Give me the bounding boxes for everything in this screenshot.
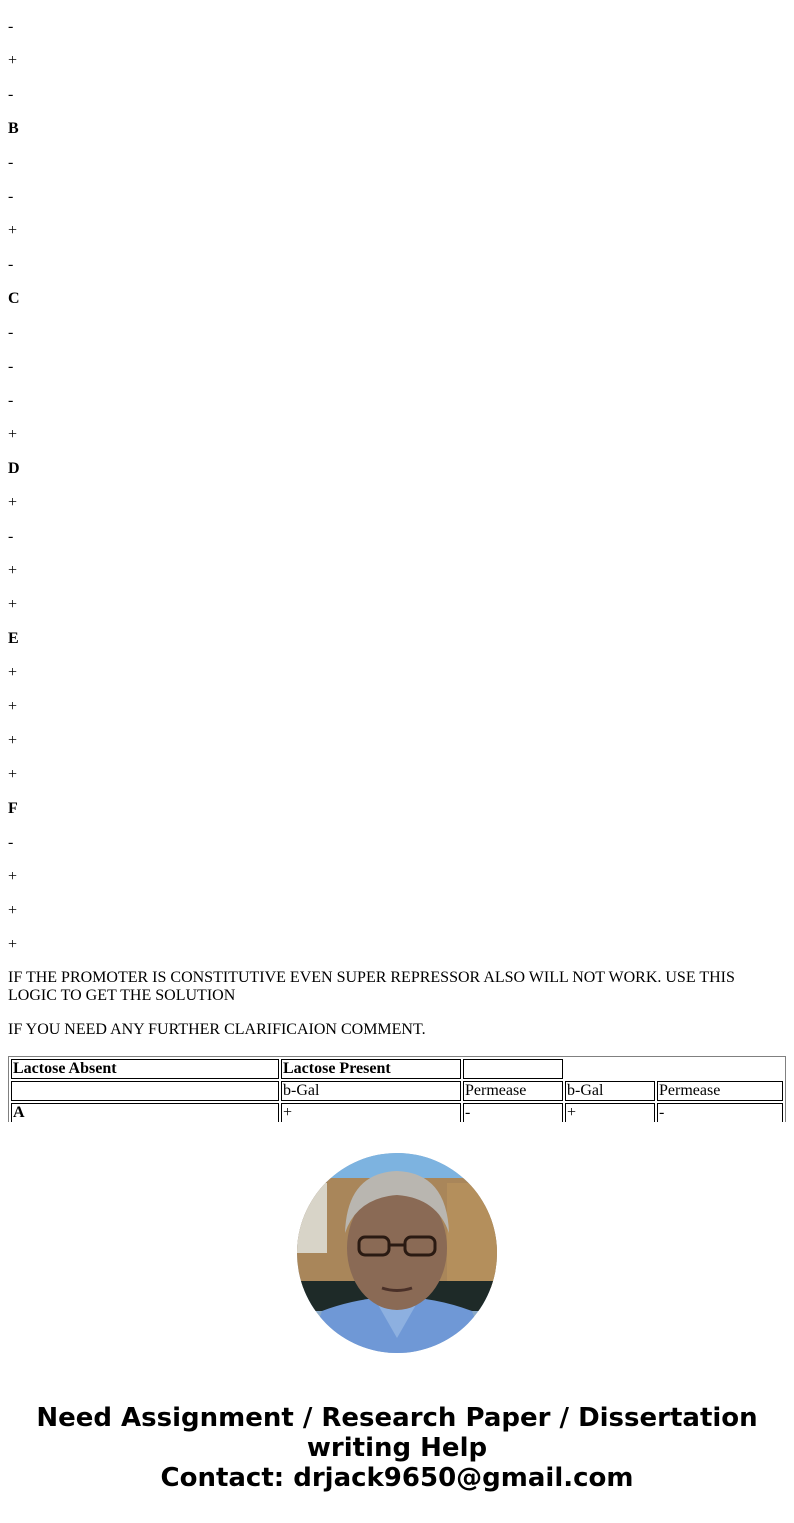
logic-paragraph: IF THE PROMOTER IS CONSTITUTIVE EVEN SUP… xyxy=(8,969,778,1005)
table-row: A + - + - xyxy=(11,1103,783,1122)
header-lactose-present: Lactose Present xyxy=(281,1059,461,1079)
result-line: + xyxy=(8,562,17,580)
section-label: F xyxy=(8,800,18,818)
table-cell: - xyxy=(463,1103,563,1122)
header-blank xyxy=(565,1059,783,1079)
result-line: - xyxy=(8,154,13,172)
section-label: E xyxy=(8,630,19,648)
result-line: - xyxy=(8,358,13,376)
result-line: + xyxy=(8,902,17,920)
result-line: + xyxy=(8,936,17,954)
table-cell: + xyxy=(281,1103,461,1122)
section-label: D xyxy=(8,460,20,478)
promo-contact: Contact: drjack9650@gmail.com xyxy=(0,1463,794,1493)
result-line: + xyxy=(8,494,17,512)
result-line: + xyxy=(8,766,17,784)
result-line: - xyxy=(8,256,13,274)
subheader-cell: b-Gal xyxy=(281,1081,461,1101)
header-empty xyxy=(463,1059,563,1079)
header-lactose-absent: Lactose Absent xyxy=(11,1059,279,1079)
result-line: - xyxy=(8,834,13,852)
section-label: C xyxy=(8,290,20,308)
subheader-cell: b-Gal xyxy=(565,1081,655,1101)
subheader-cell: Permease xyxy=(657,1081,783,1101)
table-cell: + xyxy=(565,1103,655,1122)
result-line: - xyxy=(8,86,13,104)
result-line: + xyxy=(8,426,17,444)
result-line: - xyxy=(8,392,13,410)
result-line: + xyxy=(8,664,17,682)
result-line: + xyxy=(8,732,17,750)
author-avatar xyxy=(297,1153,497,1353)
result-line: - xyxy=(8,188,13,206)
row-label: A xyxy=(11,1103,279,1122)
result-line: + xyxy=(8,698,17,716)
promo-text: Need Assignment / Research Paper / Disse… xyxy=(0,1403,794,1463)
table-subheader-row: b-Gal Permease b-Gal Permease xyxy=(11,1081,783,1101)
results-table: Lactose Absent Lactose Present b-Gal Per… xyxy=(8,1056,786,1122)
author-photo-icon xyxy=(297,1153,497,1353)
subheader-cell xyxy=(11,1081,279,1101)
result-line: - xyxy=(8,18,13,36)
table-cell: - xyxy=(657,1103,783,1122)
result-line: + xyxy=(8,52,17,70)
promo-banner: Need Assignment / Research Paper / Disse… xyxy=(0,1403,794,1493)
result-line: + xyxy=(8,596,17,614)
section-label: B xyxy=(8,120,19,138)
result-line: - xyxy=(8,528,13,546)
result-line: + xyxy=(8,222,17,240)
result-line: - xyxy=(8,324,13,342)
table-header-row: Lactose Absent Lactose Present xyxy=(11,1059,783,1079)
comment-paragraph: IF YOU NEED ANY FURTHER CLARIFICAION COM… xyxy=(8,1021,778,1039)
result-line: + xyxy=(8,868,17,886)
results-table-container: Lactose Absent Lactose Present b-Gal Per… xyxy=(8,1056,786,1122)
subheader-cell: Permease xyxy=(463,1081,563,1101)
